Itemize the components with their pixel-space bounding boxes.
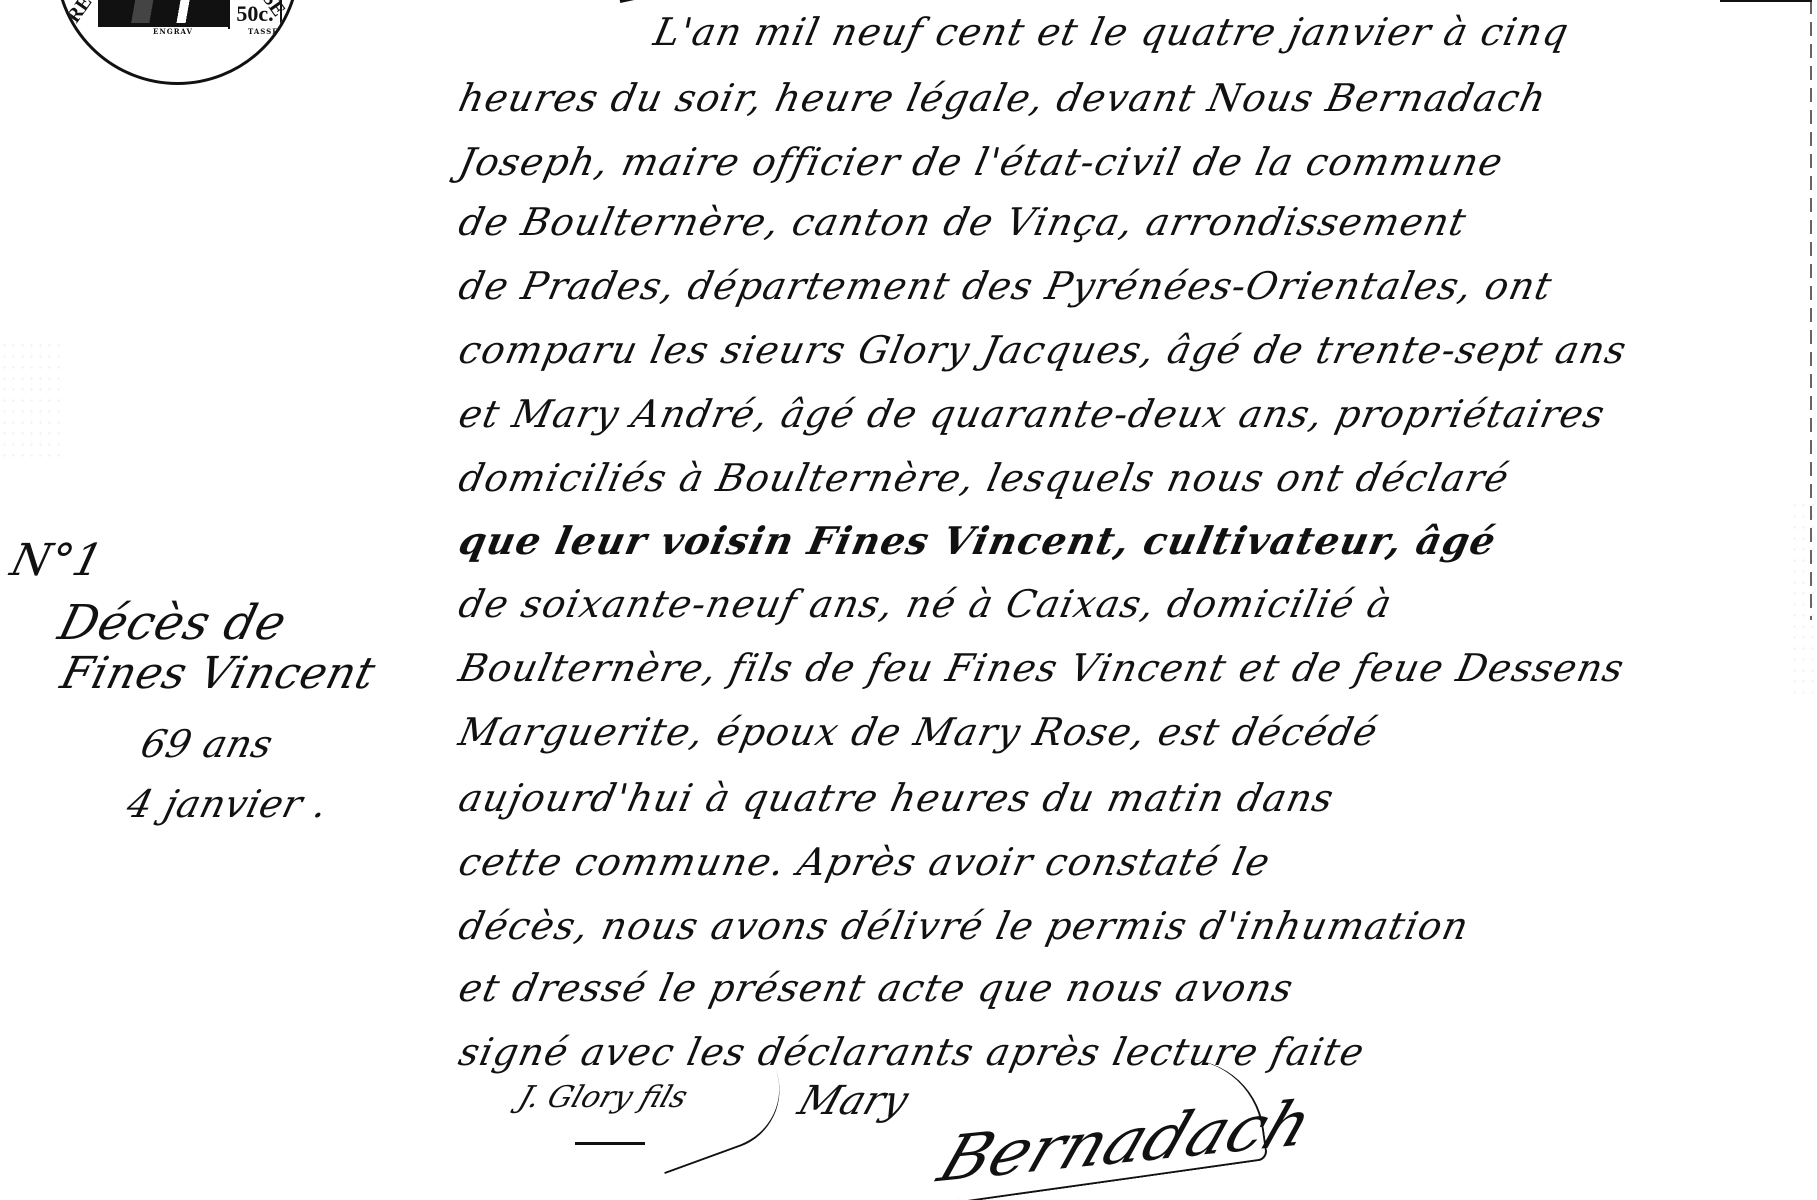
record-line-5: de Prades, département des Pyrénées-Orie… bbox=[455, 264, 1557, 308]
record-line-10: de soixante-neuf ans, né à Caixas, domic… bbox=[455, 582, 1396, 626]
record-line-1: L'an mil neuf cent et le quatre janvier … bbox=[650, 10, 1573, 54]
record-line-14: cette commune. Après avoir constaté le bbox=[455, 840, 1275, 884]
signature-block: J. Glory fils Mary Bernadach bbox=[520, 1060, 1520, 1200]
death-record-body: L'an mil neuf cent et le quatre janvier … bbox=[455, 0, 1810, 1200]
record-line-6: comparu les sieurs Glory Jacques, âgé de… bbox=[455, 328, 1631, 372]
record-line-2: heures du soir, heure légale, devant Nou… bbox=[455, 76, 1551, 120]
mayor-signature-flourish bbox=[944, 1049, 1269, 1200]
record-line-7: et Mary André, âgé de quarante-deux ans,… bbox=[455, 392, 1609, 436]
signature-underline bbox=[575, 1142, 645, 1145]
record-date: 4 janvier . bbox=[123, 782, 333, 826]
record-age: 69 ans bbox=[137, 722, 278, 766]
record-line-4: de Boulternère, canton de Vinça, arrondi… bbox=[455, 200, 1471, 244]
signature-mary: Mary bbox=[793, 1078, 914, 1124]
record-line-13: aujourd'hui à quatre heures du matin dan… bbox=[455, 776, 1338, 820]
record-line-12: Marguerite, époux de Mary Rose, est décé… bbox=[455, 710, 1382, 754]
record-number: N°1 bbox=[6, 535, 109, 586]
record-deceased-name: Fines Vincent bbox=[56, 648, 381, 699]
record-line-3: Joseph, maire officier de l'état-civil d… bbox=[455, 140, 1507, 184]
record-line-8: domiciliés à Boulternère, lesquels nous … bbox=[455, 456, 1513, 500]
record-line-11: Boulternère, fils de feu Fines Vincent e… bbox=[455, 646, 1629, 690]
record-line-15: décès, nous avons délivré le permis d'in… bbox=[455, 904, 1473, 948]
record-line-9: que leur voisin Fines Vincent, cultivate… bbox=[455, 518, 1501, 563]
page-right-margin-rule bbox=[1810, 0, 1812, 620]
record-title: Décès de bbox=[53, 595, 292, 651]
record-line-16: et dressé le présent acte que nous avons bbox=[455, 966, 1298, 1010]
margin-annotation: N°1 Décès de Fines Vincent 69 ans 4 janv… bbox=[0, 0, 440, 1200]
